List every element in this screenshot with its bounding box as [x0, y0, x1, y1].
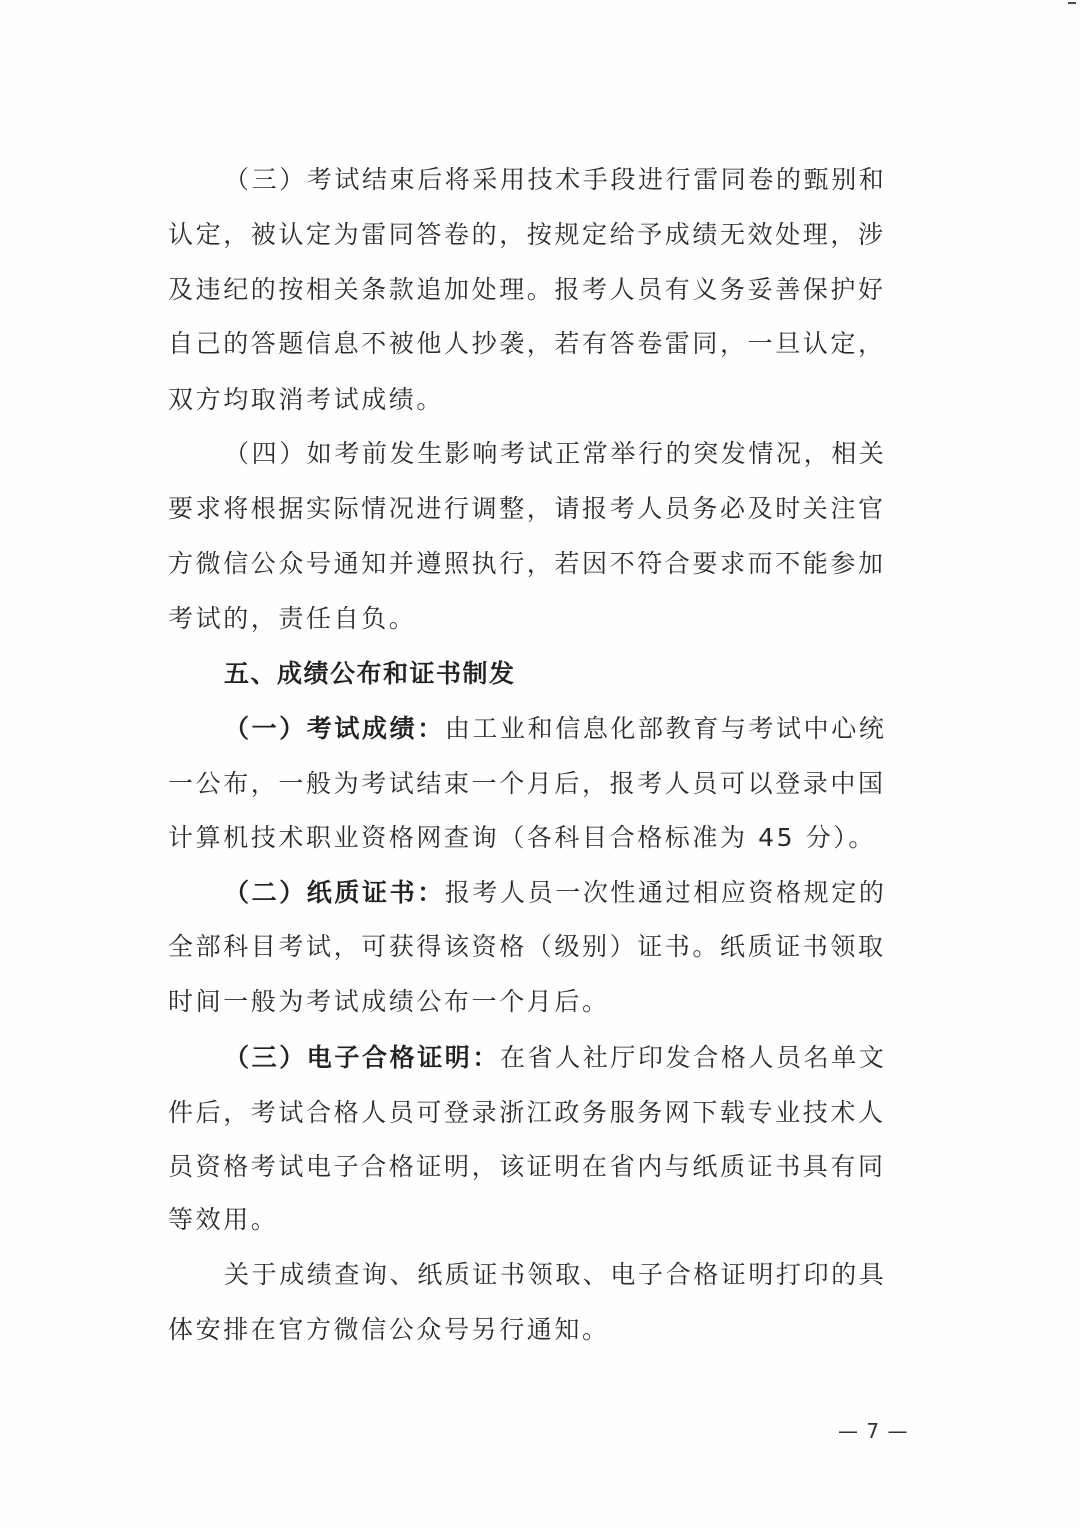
scores-line-2: 一公布，一般为考试结束一个月后，报考人员可以登录中国 [168, 764, 892, 804]
e-certificate-line-1: （三）电子合格证明：在省人社厅印发合格人员名单文 [224, 1038, 892, 1078]
e-certificate-line-4: 等效用。 [168, 1200, 892, 1240]
paper-certificate-line-2: 全部科目考试，可获得该资格（级别）证书。纸质证书领取 [168, 927, 892, 967]
e-certificate-line-3: 员资格考试电子合格证明，该证明在省内与纸质证书具有同 [168, 1147, 892, 1187]
paragraph-3-line-5: 双方均取消考试成绩。 [168, 380, 892, 420]
paper-certificate-line-3: 时间一般为考试成绩公布一个月后。 [168, 982, 892, 1022]
paragraph-4-line-2: 要求将根据实际情况进行调整，请报考人员务必及时关注官 [168, 489, 892, 529]
scores-text: 由工业和信息化部教育与考试中心统 [445, 714, 887, 743]
scores-line-1: （一）考试成绩：由工业和信息化部教育与考试中心统 [224, 709, 892, 749]
paragraph-3-line-1: （三）考试结束后将采用技术手段进行雷同卷的甄别和 [224, 160, 892, 200]
paragraph-4-line-4: 考试的，责任自负。 [168, 599, 892, 639]
e-certificate-label: （三）电子合格证明： [224, 1043, 500, 1072]
page-number: — 7 — [838, 1418, 908, 1444]
e-certificate-line-2: 件后，考试合格人员可登录浙江政务服务网下载专业技术人 [168, 1093, 892, 1133]
e-certificate-text: 在省人社厅印发合格人员名单文 [500, 1043, 886, 1072]
paragraph-3-line-2: 认定，被认定为雷同答卷的，按规定给予成绩无效处理，涉 [168, 215, 892, 255]
document-page: （三）考试结束后将采用技术手段进行雷同卷的甄别和 认定，被认定为雷同答卷的，按规… [0, 0, 1080, 1528]
closing-line-1: 关于成绩查询、纸质证书领取、电子合格证明打印的具 [224, 1255, 892, 1295]
closing-line-2: 体安排在官方微信公众号另行通知。 [168, 1310, 892, 1350]
paragraph-4-line-1: （四）如考前发生影响考试正常举行的突发情况，相关 [224, 434, 892, 474]
paragraph-3-line-4: 自己的答题信息不被他人抄袭，若有答卷雷同，一旦认定， [168, 324, 892, 364]
paper-certificate-label: （二）纸质证书： [224, 878, 445, 907]
scan-corner-mark [1068, 2, 1076, 4]
paragraph-4-line-3: 方微信公众号通知并遵照执行，若因不符合要求而不能参加 [168, 544, 892, 584]
scores-label: （一）考试成绩： [224, 714, 445, 743]
paper-certificate-text: 报考人员一次性通过相应资格规定的 [445, 878, 887, 907]
paper-certificate-line-1: （二）纸质证书：报考人员一次性通过相应资格规定的 [224, 873, 892, 913]
section-5-heading: 五、成绩公布和证书制发 [224, 654, 892, 694]
paragraph-3-line-3: 及违纪的按相关条款追加处理。报考人员有义务妥善保护好 [168, 270, 892, 310]
scores-line-3: 计算机技术职业资格网查询（各科目合格标准为 45 分）。 [168, 818, 892, 858]
